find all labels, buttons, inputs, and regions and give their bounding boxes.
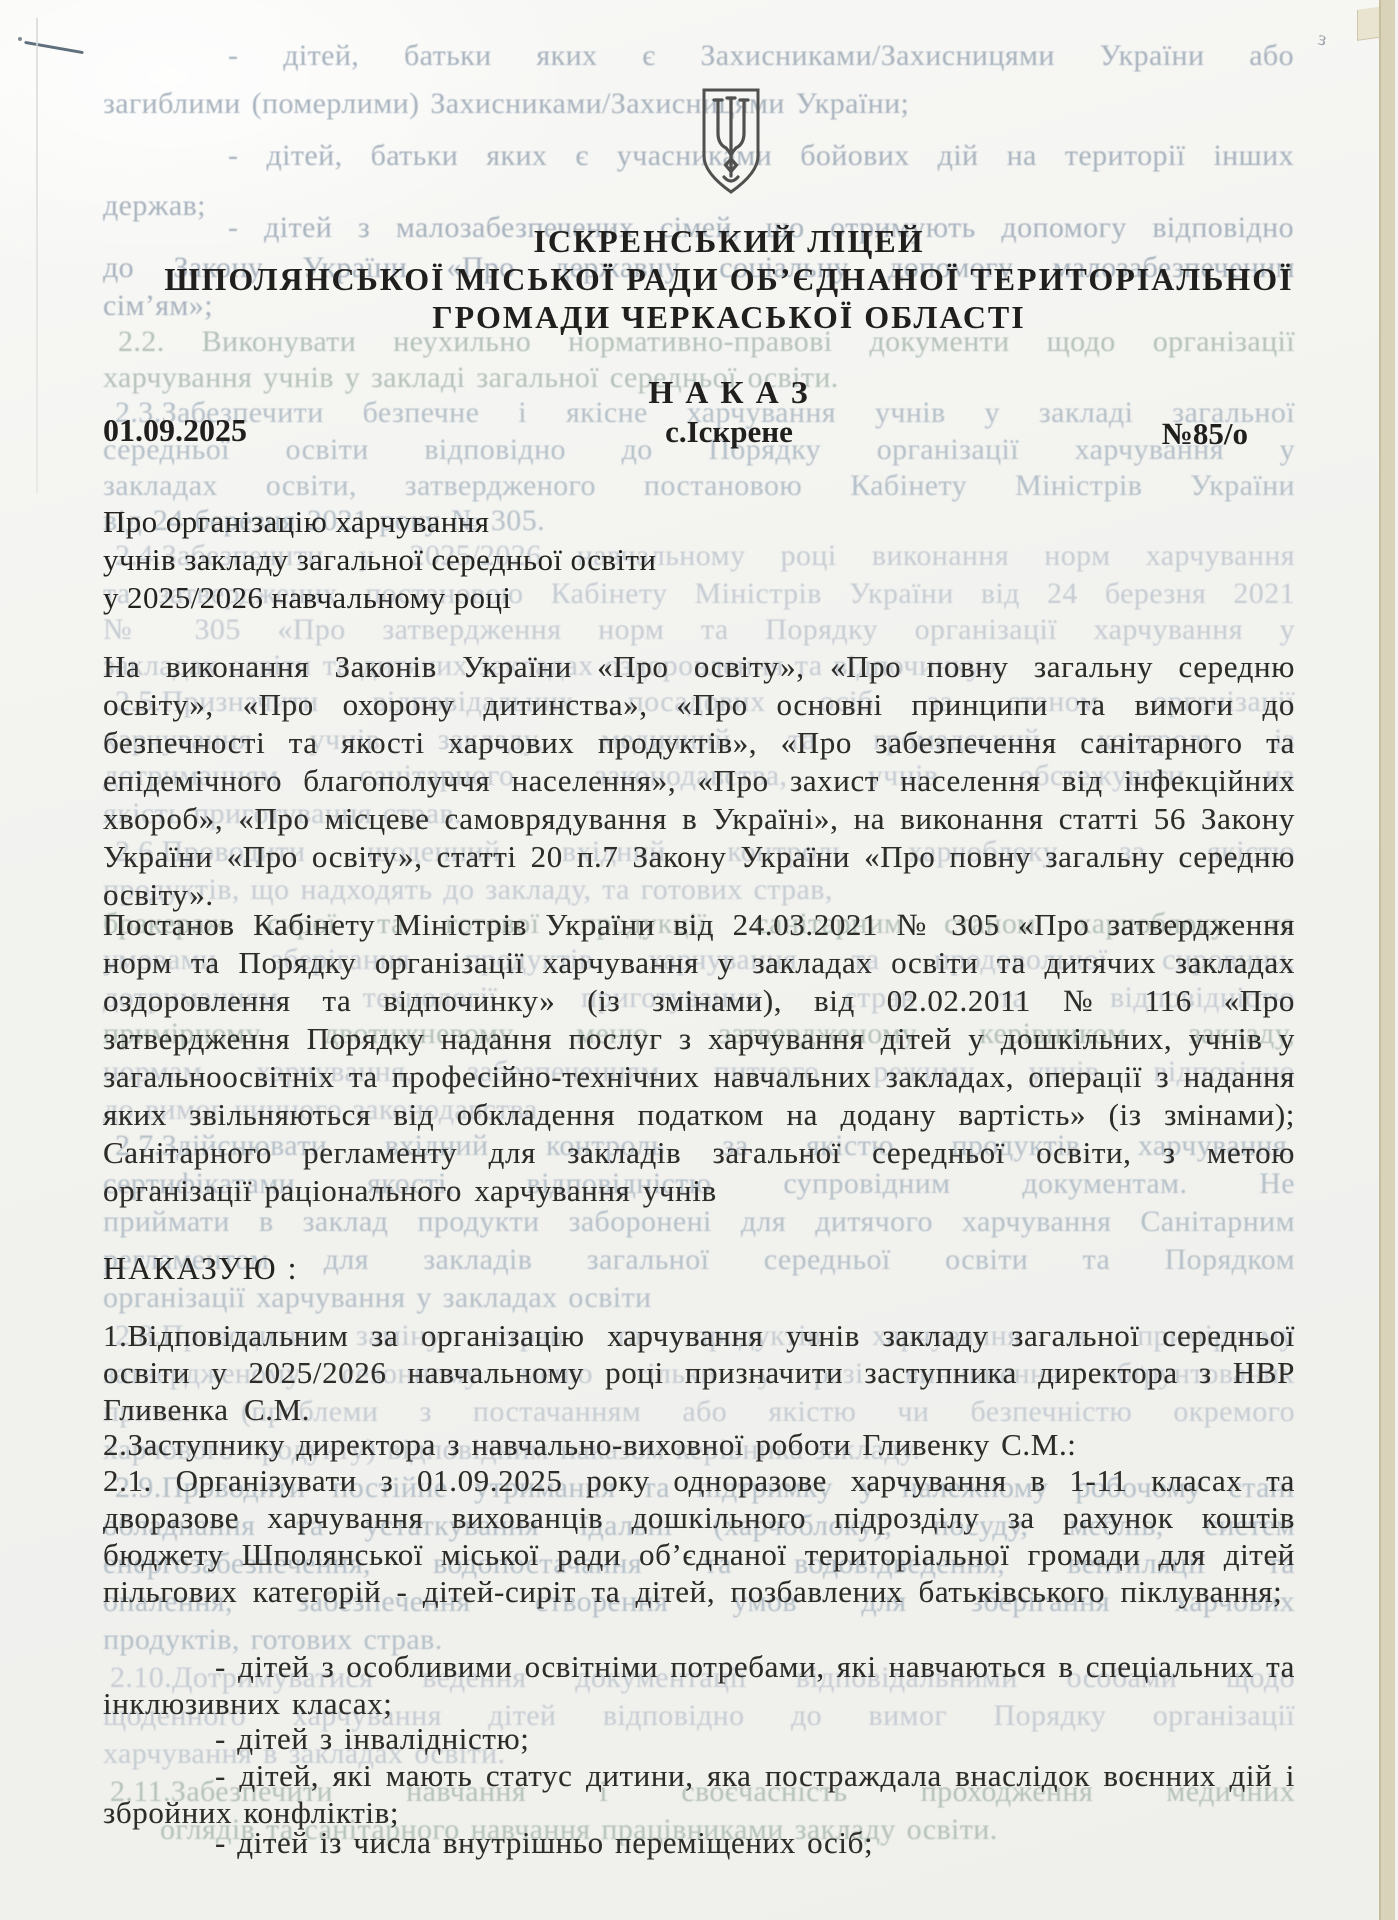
order-number: №85/о — [1162, 416, 1248, 452]
bleedthrough-line: № 305 «Про затвердження норм та Порядку … — [103, 612, 1295, 648]
decree-item-2: 2.Заступнику директора з навчально-вихов… — [103, 1426, 1295, 1463]
tryzub-emblem-icon — [697, 86, 765, 196]
subject-line: у 2025/2026 навчальному році — [103, 579, 656, 617]
scanned-document-page: - дітей, батьки яких є Захисниками/Захис… — [0, 0, 1398, 1920]
preamble-paragraph: На виконання Законів України «Про освіту… — [103, 648, 1295, 914]
org-name-block: ІСКРЕНСЬКИЙ ЛІЦЕЙ ШПОЛЯНСЬКОЇ МІСЬКОЇ РА… — [100, 222, 1358, 336]
subject-line: учнів закладу загальної середньої освіти — [103, 541, 656, 579]
org-name-line: ІСКРЕНСЬКИЙ ЛІЦЕЙ — [100, 222, 1358, 260]
page-edge — [1379, 0, 1398, 1920]
decree-bullet-disability: - дітей з інвалідністю; — [103, 1720, 1295, 1757]
page-crease — [36, 18, 38, 493]
org-name-line: ГРОМАДИ ЧЕРКАСЬКОЇ ОБЛАСТІ — [100, 298, 1358, 336]
decree-item-2-1: 2.1. Організувати з 01.09.2025 року одно… — [103, 1462, 1295, 1610]
decree-bullet-idp: - дітей із числа внутрішньо переміщених … — [103, 1824, 1295, 1861]
order-heading: Н А К А З — [100, 374, 1358, 411]
bleedthrough-line: загиблими (померлими) Захисниками/Захисн… — [103, 86, 909, 122]
decree-item-1: 1.Відповідальним за організацію харчуван… — [103, 1317, 1295, 1428]
bleedthrough-line: - дітей, батьки яких є Захисниками/Захис… — [228, 38, 1294, 74]
subject-line: Про організацію харчування — [103, 503, 656, 541]
order-subject: Про організацію харчування учнів закладу… — [103, 503, 656, 617]
bleedthrough-line: закладах освіти, затвердженого постаново… — [103, 468, 1295, 504]
legal-basis-paragraph: Постанов Кабінету Міністрів України від … — [103, 906, 1295, 1210]
decree-heading: НАКАЗУЮ : — [103, 1250, 299, 1287]
org-name-line: ШПОЛЯНСЬКОЇ МІСЬКОЇ РАДИ ОБ’ЄДНАНОЇ ТЕРИ… — [100, 260, 1358, 298]
bleedthrough-line: держав; — [103, 188, 206, 224]
decree-bullet-special-needs: - дітей з особливими освітніми потребами… — [103, 1648, 1295, 1722]
decree-bullet-war-affected: - дітей, які мають статус дитини, яка по… — [103, 1757, 1295, 1831]
